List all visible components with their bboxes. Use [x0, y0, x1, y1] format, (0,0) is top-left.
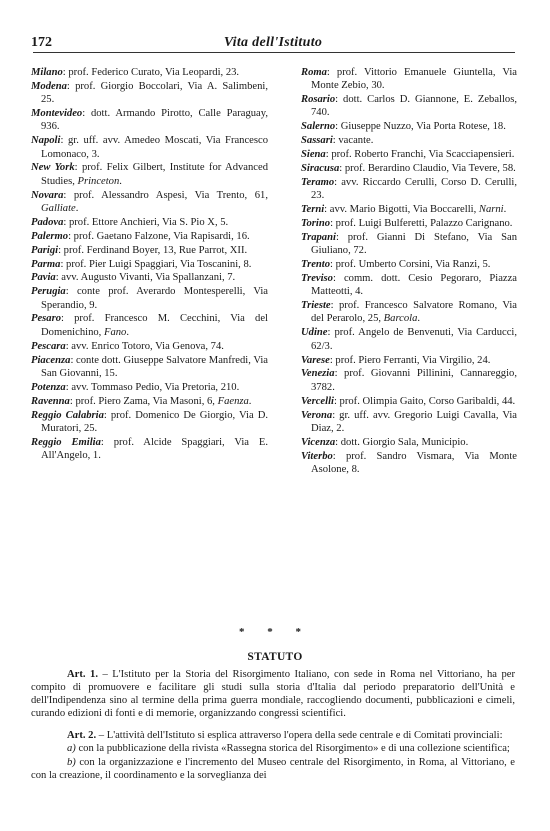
committee-entry: Milano: prof. Federico Curato, Via Leopa… — [31, 66, 268, 79]
city-name: Udine — [301, 327, 327, 338]
committee-entry: Varese: prof. Piero Ferranti, Via Virgil… — [301, 354, 517, 367]
committee-contact: : prof. Berardino Claudio, Via Tevere, 5… — [339, 163, 516, 174]
article-2: Art. 2. – L'attività dell'Istituto si es… — [31, 729, 515, 742]
committee-contact: : prof. Pier Luigi Spaggiari, Via Toscan… — [60, 259, 251, 270]
punctuation: . — [76, 203, 79, 214]
committee-entry: Palermo: prof. Gaetano Falzone, Via Rapi… — [31, 230, 268, 243]
committee-contact: : prof. Giorgio Boccolari, Via A. Salimb… — [41, 81, 268, 105]
committee-contact: : prof. Luigi Bulferetti, Palazzo Carign… — [330, 218, 512, 229]
committee-entry: Udine: prof. Angelo de Benvenuti, Via Ca… — [301, 326, 517, 353]
committee-entry: Reggio Emilia: prof. Alcide Spaggiari, V… — [31, 436, 268, 463]
committee-entry: Sassari: vacante. — [301, 134, 517, 147]
article-label: Art. 2. — [67, 730, 96, 741]
committee-entry: New York: prof. Felix Gilbert, Institute… — [31, 161, 268, 188]
committee-contact: : avv. Augusto Vivanti, Via Spallanzani,… — [56, 272, 236, 283]
committee-entry: Treviso: comm. dott. Cesio Pegoraro, Pia… — [301, 272, 517, 299]
committee-entry: Torino: prof. Luigi Bulferetti, Palazzo … — [301, 217, 517, 230]
committee-entry: Modena: prof. Giorgio Boccolari, Via A. … — [31, 80, 268, 107]
section-title: STATUTO — [0, 651, 550, 663]
committee-contact: : prof. Piero Ferranti, Via Virgilio, 24… — [330, 355, 491, 366]
committee-contact: : prof. Federico Curato, Via Leopardi, 2… — [63, 67, 239, 78]
committee-entry: Padova: prof. Ettore Anchieri, Via S. Pi… — [31, 216, 268, 229]
committee-contact: : avv. Riccardo Cerulli, Corso D. Cerull… — [311, 177, 517, 201]
committee-contact: : prof. Ferdinand Boyer, 13, Rue Parrot,… — [58, 245, 247, 256]
committee-entry: Verona: gr. uff. avv. Gregorio Luigi Cav… — [301, 409, 517, 436]
locality: Galliate — [41, 203, 76, 214]
city-name: Vercelli — [301, 396, 334, 407]
committee-contact: : vacante. — [333, 135, 374, 146]
committee-contact: : prof. Umberto Corsini, Via Ranzi, 5. — [330, 259, 490, 270]
committee-contact: : conte prof. Averardo Montesperelli, Vi… — [41, 286, 268, 310]
committee-contact: : prof. Gaetano Falzone, Via Rapisardi, … — [68, 231, 250, 242]
committee-entry: Trento: prof. Umberto Corsini, Via Ranzi… — [301, 258, 517, 271]
committee-entry: Piacenza: conte dott. Giuseppe Salvatore… — [31, 354, 268, 381]
committee-contact: : dott. Giorgio Sala, Municipio. — [335, 437, 468, 448]
committee-entry: Viterbo: prof. Sandro Vismara, Via Monte… — [301, 450, 517, 477]
committee-contact: : prof. Francesco M. Cecchini, Via del D… — [41, 313, 268, 337]
city-name: Verona — [301, 410, 332, 421]
committee-contact: : prof. Gianni Di Stefano, Via San Giuli… — [311, 232, 517, 256]
committee-entry: Rosario: dott. Carlos D. Giannone, E. Ze… — [301, 93, 517, 120]
article-2-item-b: b) con la organizzazione e l'incremento … — [31, 756, 515, 782]
header-rule — [33, 52, 515, 53]
committee-contact: : prof. Olimpia Gaito, Corso Garibaldi, … — [334, 396, 515, 407]
city-name: Parma — [31, 259, 60, 270]
committee-entry: Vercelli: prof. Olimpia Gaito, Corso Gar… — [301, 395, 517, 408]
statute-body: Art. 1. – L'Istituto per la Storia del R… — [31, 668, 515, 782]
committee-entry: Perugia: conte prof. Averardo Montespere… — [31, 285, 268, 312]
punctuation: . — [126, 327, 129, 338]
page-header: 172 Vita dell'Istituto — [31, 35, 515, 51]
city-name: Trapani — [301, 232, 336, 243]
committee-contact: : Giuseppe Nuzzo, Via Porta Rotese, 18. — [335, 121, 506, 132]
city-name: Modena — [31, 81, 67, 92]
city-name: Trento — [301, 259, 330, 270]
committee-list-left: Milano: prof. Federico Curato, Via Leopa… — [31, 66, 268, 463]
locality: Narni — [479, 204, 504, 215]
city-name: Teramo — [301, 177, 334, 188]
committee-contact: : gr. uff. avv. Gregorio Luigi Cavalla, … — [311, 410, 517, 434]
city-name: Terni — [301, 204, 324, 215]
committee-contact: : avv. Tommaso Pedio, Via Pretoria, 210. — [66, 382, 240, 393]
committee-entry: Venezia: prof. Giovanni Pillinini, Canna… — [301, 367, 517, 394]
city-name: Perugia — [31, 286, 66, 297]
locality: Princeton — [78, 176, 120, 187]
city-name: Napoli — [31, 135, 60, 146]
city-name: Viterbo — [301, 451, 333, 462]
city-name: Pescara — [31, 341, 66, 352]
committee-contact: : prof. Giovanni Pillinini, Cannareggio,… — [311, 368, 517, 392]
committee-entry: Vicenza: dott. Giorgio Sala, Municipio. — [301, 436, 517, 449]
item-marker: a) — [67, 743, 76, 754]
committee-entry: Trapani: prof. Gianni Di Stefano, Via Sa… — [301, 231, 517, 258]
committee-entry: Ravenna: prof. Piero Zama, Via Masoni, 6… — [31, 395, 268, 408]
committee-contact: : prof. Piero Zama, Via Masoni, 6, — [70, 396, 218, 407]
committee-contact: : comm. dott. Cesio Pegoraro, Piazza Mat… — [311, 273, 517, 297]
committee-contact: : prof. Felix Gilbert, Institute for Adv… — [41, 162, 268, 186]
document-page: 172 Vita dell'Istituto Milano: prof. Fed… — [0, 0, 550, 831]
committee-entry: Pesaro: prof. Francesco M. Cecchini, Via… — [31, 312, 268, 339]
city-name: Palermo — [31, 231, 68, 242]
committee-entry: Novara: prof. Alessandro Aspesi, Via Tre… — [31, 189, 268, 216]
section-separator: * * * — [0, 626, 550, 638]
punctuation: . — [504, 204, 507, 215]
city-name: Venezia — [301, 368, 335, 379]
item-text: con la organizzazione e l'incremento del… — [31, 757, 515, 781]
committee-contact: : avv. Enrico Totoro, Via Genova, 74. — [66, 341, 224, 352]
punctuation: . — [417, 313, 420, 324]
committee-entry: Pavia: avv. Augusto Vivanti, Via Spallan… — [31, 271, 268, 284]
article-label: Art. 1. — [67, 669, 98, 680]
committee-contact: : prof. Alessandro Aspesi, Via Trento, 6… — [63, 190, 268, 201]
committee-contact: : prof. Sandro Vismara, Via Monte Asolon… — [311, 451, 517, 475]
city-name: Piacenza — [31, 355, 70, 366]
committee-entry: Pescara: avv. Enrico Totoro, Via Genova,… — [31, 340, 268, 353]
committee-entry: Parma: prof. Pier Luigi Spaggiari, Via T… — [31, 258, 268, 271]
punctuation: . — [249, 396, 252, 407]
committee-entry: Siracusa: prof. Berardino Claudio, Via T… — [301, 162, 517, 175]
committee-contact: : prof. Ettore Anchieri, Via S. Pio X, 5… — [63, 217, 228, 228]
city-name: Torino — [301, 218, 330, 229]
article-text: – L'attività dell'Istituto si esplica at… — [96, 730, 502, 741]
city-name: Montevideo — [31, 108, 82, 119]
committee-entry: Trieste: prof. Francesco Salvatore Roman… — [301, 299, 517, 326]
city-name: Parigi — [31, 245, 58, 256]
article-1: Art. 1. – L'Istituto per la Storia del R… — [31, 668, 515, 720]
city-name: Rosario — [301, 94, 335, 105]
city-name: Pesaro — [31, 313, 61, 324]
item-text: con la pubblicazione della rivista «Rass… — [76, 743, 510, 754]
committee-entry: Reggio Calabria: prof. Domenico De Giorg… — [31, 409, 268, 436]
locality: Fano — [104, 327, 126, 338]
city-name: Ravenna — [31, 396, 70, 407]
committee-contact: : prof. Roberto Franchi, Via Scacciapens… — [326, 149, 515, 160]
city-name: Milano — [31, 67, 63, 78]
city-name: Treviso — [301, 273, 333, 284]
city-name: Siracusa — [301, 163, 339, 174]
committee-contact: : conte dott. Giuseppe Salvatore Manfred… — [41, 355, 268, 379]
locality: Barcola — [384, 313, 418, 324]
city-name: Novara — [31, 190, 63, 201]
committee-entry: Teramo: avv. Riccardo Cerulli, Corso D. … — [301, 176, 517, 203]
committee-contact: : dott. Carlos D. Giannone, E. Zeballos,… — [311, 94, 517, 118]
committee-entry: Montevideo: dott. Armando Pirotto, Calle… — [31, 107, 268, 134]
city-name: Siena — [301, 149, 326, 160]
committee-list-right: Roma: prof. Vittorio Emanuele Giuntella,… — [301, 66, 517, 477]
committee-contact: : prof. Angelo de Benvenuti, Via Carducc… — [311, 327, 517, 351]
city-name: Salerno — [301, 121, 335, 132]
committee-contact: : avv. Mario Bigotti, Via Boccarelli, — [324, 204, 479, 215]
city-name: Reggio Calabria — [31, 410, 104, 421]
committee-contact: : prof. Vittorio Emanuele Giuntella, Via… — [311, 67, 517, 91]
article-text: – L'Istituto per la Storia del Risorgime… — [31, 669, 515, 719]
article-2-item-a: a) con la pubblicazione della rivista «R… — [31, 742, 515, 755]
item-marker: b) — [67, 757, 76, 768]
committee-entry: Siena: prof. Roberto Franchi, Via Scacci… — [301, 148, 517, 161]
city-name: New York — [31, 162, 75, 173]
committee-entry: Terni: avv. Mario Bigotti, Via Boccarell… — [301, 203, 517, 216]
city-name: Padova — [31, 217, 63, 228]
punctuation: . — [119, 176, 122, 187]
committee-entry: Salerno: Giuseppe Nuzzo, Via Porta Rotes… — [301, 120, 517, 133]
city-name: Reggio Emilia — [31, 437, 101, 448]
city-name: Potenza — [31, 382, 66, 393]
committee-entry: Potenza: avv. Tommaso Pedio, Via Pretori… — [31, 381, 268, 394]
running-title: Vita dell'Istituto — [31, 35, 515, 51]
city-name: Sassari — [301, 135, 333, 146]
committee-entry: Roma: prof. Vittorio Emanuele Giuntella,… — [301, 66, 517, 93]
committee-contact: : gr. uff. avv. Amedeo Moscati, Via Fran… — [41, 135, 268, 159]
locality: Faenza — [218, 396, 249, 407]
city-name: Trieste — [301, 300, 331, 311]
city-name: Varese — [301, 355, 330, 366]
city-name: Roma — [301, 67, 327, 78]
city-name: Pavia — [31, 272, 56, 283]
committee-entry: Parigi: prof. Ferdinand Boyer, 13, Rue P… — [31, 244, 268, 257]
city-name: Vicenza — [301, 437, 335, 448]
committee-entry: Napoli: gr. uff. avv. Amedeo Moscati, Vi… — [31, 134, 268, 161]
